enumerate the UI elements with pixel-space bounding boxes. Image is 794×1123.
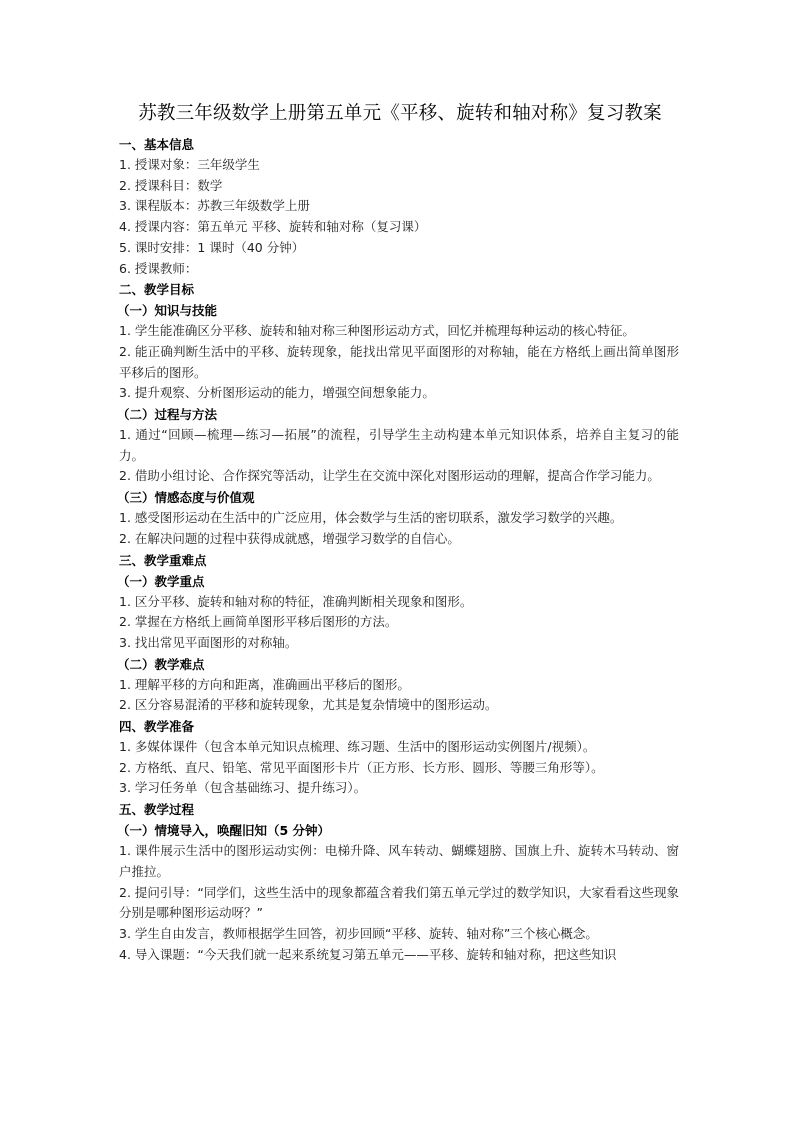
section-heading-preparation: 四、教学准备 bbox=[119, 716, 679, 737]
list-item: 1. 区分平移、旋转和轴对称的特征，准确判断相关现象和图形。 bbox=[119, 592, 679, 613]
list-item: 2. 提问引导：“同学们，这些生活中的现象都蕴含着我们第五单元学过的数学知识，大… bbox=[119, 883, 679, 924]
list-item: 6. 授课教师： bbox=[119, 259, 679, 280]
list-item: 1. 课件展示生活中的图形运动实例：电梯升降、风车转动、蝴蝶翅膀、国旗上升、旋转… bbox=[119, 841, 679, 882]
list-item: 5. 课时安排：1 课时（40 分钟） bbox=[119, 238, 679, 259]
list-item: 2. 借助小组讨论、合作探究等活动，让学生在交流中深化对图形运动的理解，提高合作… bbox=[119, 466, 679, 487]
section-heading-objectives: 二、教学目标 bbox=[119, 279, 679, 300]
list-item: 3. 课程版本：苏教三年级数学上册 bbox=[119, 196, 679, 217]
subsection-heading: （三）情感态度与价值观 bbox=[117, 487, 679, 508]
list-item: 3. 学习任务单（包含基础练习、提升练习）。 bbox=[119, 778, 679, 799]
section-heading-basic-info: 一、基本信息 bbox=[119, 134, 679, 155]
list-item: 2. 掌握在方格纸上画简单图形平移后图形的方法。 bbox=[119, 612, 679, 633]
list-item: 1. 授课对象：三年级学生 bbox=[119, 155, 679, 176]
list-item: 2. 区分容易混淆的平移和旋转现象，尤其是复杂情境中的图形运动。 bbox=[119, 695, 679, 716]
list-item: 4. 导入课题：“今天我们就一起来系统复习第五单元——平移、旋转和轴对称，把这些… bbox=[119, 945, 679, 966]
list-item: 2. 方格纸、直尺、铅笔、常见平面图形卡片（正方形、长方形、圆形、等腰三角形等）… bbox=[119, 758, 679, 779]
subsection-heading: （一）情境导入，唤醒旧知（5 分钟） bbox=[117, 820, 679, 841]
list-item: 1. 通过“回顾—梳理—练习—拓展”的流程，引导学生主动构建本单元知识体系，培养… bbox=[119, 425, 679, 466]
list-item: 2. 能正确判断生活中的平移、旋转现象，能找出常见平面图形的对称轴，能在方格纸上… bbox=[119, 342, 679, 383]
list-item: 1. 多媒体课件（包含本单元知识点梳理、练习题、生活中的图形运动实例图片/视频）… bbox=[119, 737, 679, 758]
subsection-heading: （二）教学难点 bbox=[117, 654, 679, 675]
list-item: 1. 感受图形运动在生活中的广泛应用，体会数学与生活的密切联系，激发学习数学的兴… bbox=[119, 508, 679, 529]
section-heading-process: 五、教学过程 bbox=[119, 799, 679, 820]
list-item: 1. 学生能准确区分平移、旋转和轴对称三种图形运动方式，回忆并梳理每种运动的核心… bbox=[119, 321, 679, 342]
list-item: 3. 找出常见平面图形的对称轴。 bbox=[119, 633, 679, 654]
document-page: 苏教三年级数学上册第五单元《平移、旋转和轴对称》复习教案 一、基本信息 1. 授… bbox=[119, 100, 679, 965]
subsection-heading: （一）教学重点 bbox=[117, 571, 679, 592]
list-item: 3. 学生自由发言，教师根据学生回答，初步回顾“平移、旋转、轴对称”三个核心概念… bbox=[119, 924, 679, 945]
document-title: 苏教三年级数学上册第五单元《平移、旋转和轴对称》复习教案 bbox=[105, 100, 695, 128]
section-heading-key-points: 三、教学重难点 bbox=[119, 550, 679, 571]
subsection-heading: （二）过程与方法 bbox=[117, 404, 679, 425]
list-item: 2. 授课科目：数学 bbox=[119, 176, 679, 197]
list-item: 1. 理解平移的方向和距离，准确画出平移后的图形。 bbox=[119, 675, 679, 696]
subsection-heading: （一）知识与技能 bbox=[117, 300, 679, 321]
list-item: 4. 授课内容：第五单元 平移、旋转和轴对称（复习课） bbox=[119, 217, 679, 238]
list-item: 2. 在解决问题的过程中获得成就感，增强学习数学的自信心。 bbox=[119, 529, 679, 550]
list-item: 3. 提升观察、分析图形运动的能力，增强空间想象能力。 bbox=[119, 383, 679, 404]
